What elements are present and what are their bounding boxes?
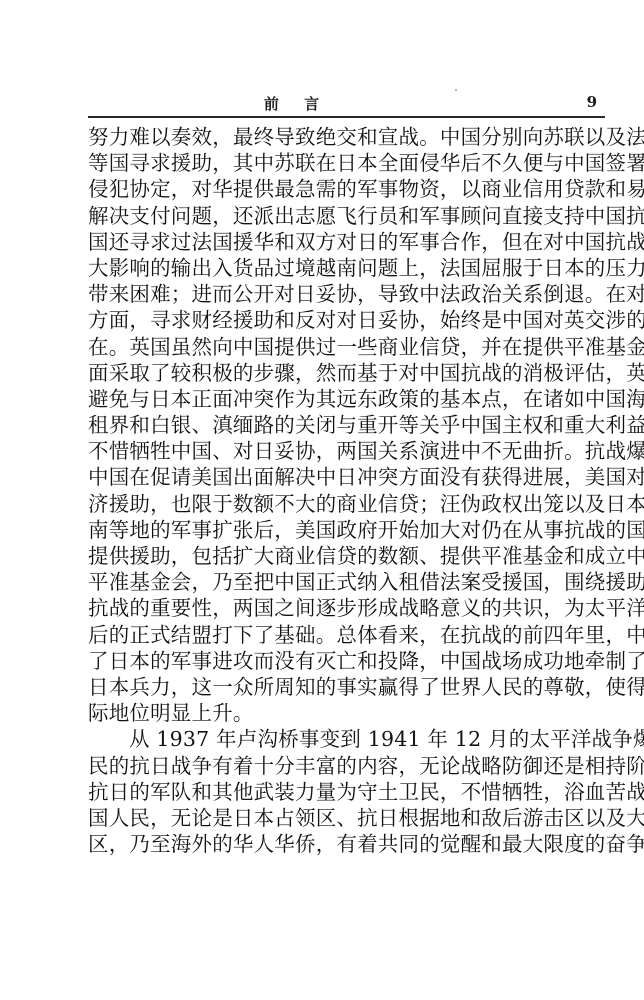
text-line: 等国寻求援助，其中苏联在日本全面侵华后不久便与中国签署了互不 [88, 150, 608, 176]
text-line: 后的正式结盟打下了基础。总体看来，在抗战的前四年里，中国抵御住 [88, 622, 608, 648]
text-line: 日本兵力，这一众所周知的事实赢得了世界人民的尊敬，使得中国的国 [88, 674, 608, 700]
text-line: 国人民，无论是日本占领区、抗日根据地和敌后游击区以及大后方地 [88, 805, 608, 831]
text-line: 区，乃至海外的华人华侨，有着共同的觉醒和最大限度的奋争，地不分 [88, 831, 608, 857]
paragraph-1: 努力难以奏效，最终导致绝交和宣战。中国分别向苏联以及法、英、美 等国寻求援助，其… [88, 124, 608, 726]
text-line: 际地位明显上升。 [88, 700, 608, 726]
book-page: 前 言 9 努力难以奏效，最终导致绝交和宣战。中国分别向苏联以及法、英、美 等国… [0, 0, 644, 1000]
text-line: 提供援助，包括扩大商业信贷的数额、提供平准基金和成立中英美联合 [88, 543, 608, 569]
paragraph-2: 从 1937 年卢沟桥事变到 1941 年 12 月的太平洋战争爆发，中国人 民… [88, 726, 608, 857]
text-line: 抗战的重要性，两国之间逐步形成战略意义的共识，为太平洋战争爆发 [88, 595, 608, 621]
text-line: 不惜牺牲中国、对日妥协，两国关系演进中不无曲折。抗战爆发之初， [88, 438, 608, 464]
text-line-indented: 从 1937 年卢沟桥事变到 1941 年 12 月的太平洋战争爆发，中国人 [88, 726, 608, 752]
text-line: 抗日的军队和其他武装力量为守土卫民，不惜牺牲，浴血苦战；全体中 [88, 779, 608, 805]
text-line: 避免与日本正面冲突作为其远东政策的基本点，在诸如中国海关、天津 [88, 386, 608, 412]
text-line: 中国在促请美国出面解决中日冲突方面没有获得进展，美国对华的经 [88, 464, 608, 490]
text-line: 解决支付问题，还派出志愿飞行员和军事顾问直接支持中国抗战。中 [88, 203, 608, 229]
text-line: 方面，寻求财经援助和反对对日妥协，始终是中国对英交涉的重点所 [88, 307, 608, 333]
running-header: 前 言 9 [88, 91, 605, 115]
text-line: 侵犯协定，对华提供最急需的军事物资，以商业信用贷款和易货的方式 [88, 176, 608, 202]
text-line: 济援助，也限于数额不大的商业信贷；汪伪政权出笼以及日本加紧在越 [88, 491, 608, 517]
text-line: 大影响的输出入货品过境越南问题上，法国屈服于日本的压力，给中国 [88, 255, 608, 281]
text-line: 面采取了较积极的步骤，然而基于对中国抗战的消极评估，英国当时把 [88, 360, 608, 386]
header-title: 前 言 [38, 93, 555, 114]
text-line: 了日本的军事进攻而没有灭亡和投降，中国战场成功地牵制了数十万 [88, 648, 608, 674]
text-line: 平准基金会，乃至把中国正式纳入租借法案受援国，围绕援助中国坚持 [88, 569, 608, 595]
text-line: 在。英国虽然向中国提供过一些商业信贷，并在提供平准基金借款方 [88, 334, 608, 360]
text-line: 带来困难；进而公开对日妥协，导致中法政治关系倒退。在对英国关系 [88, 281, 608, 307]
header-rule [88, 116, 605, 118]
text-line: 努力难以奏效，最终导致绝交和宣战。中国分别向苏联以及法、英、美 [88, 124, 608, 150]
text-line: 民的抗日战争有着十分丰富的内容，无论战略防御还是相持阶段，一切 [88, 753, 608, 779]
text-line: 南等地的军事扩张后，美国政府开始加大对仍在从事抗战的国民政府 [88, 517, 608, 543]
body-text: 努力难以奏效，最终导致绝交和宣战。中国分别向苏联以及法、英、美 等国寻求援助，其… [88, 124, 608, 857]
text-line: 国还寻求过法国援华和双方对日的军事合作，但在对中国抗战有着重 [88, 229, 608, 255]
page-number: 9 [587, 93, 597, 111]
text-line: 租界和白银、滇缅路的关闭与重开等关乎中国主权和重大利益问题上， [88, 412, 608, 438]
